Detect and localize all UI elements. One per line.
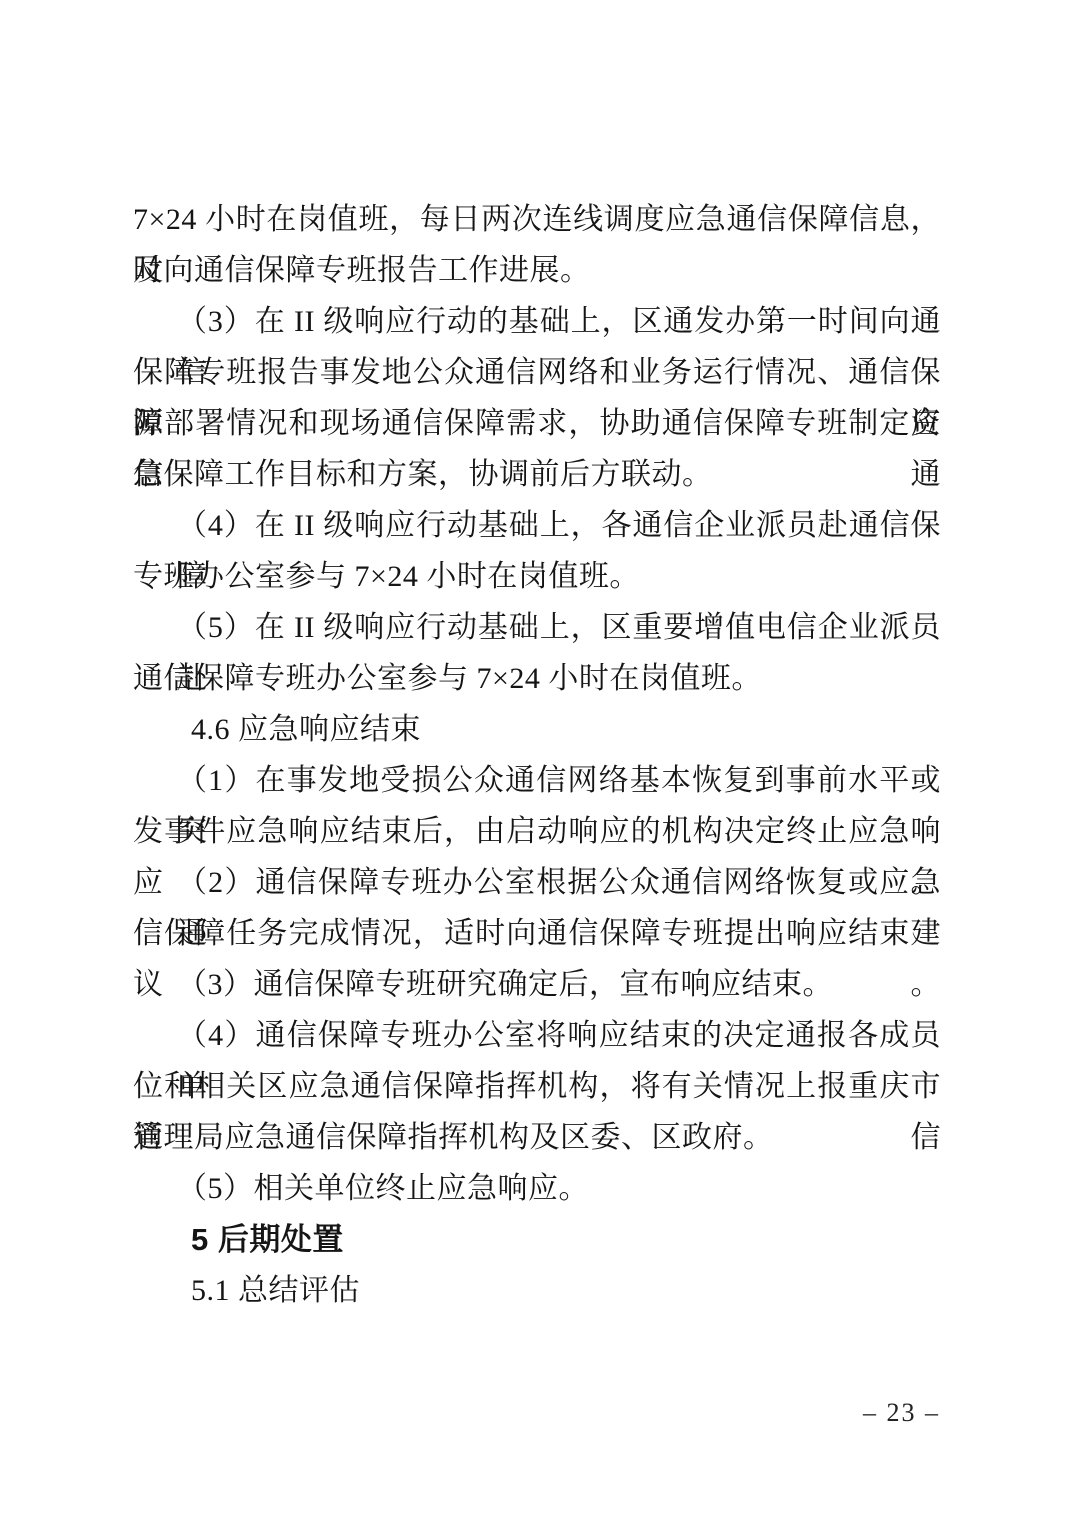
section-heading: 5.1 总结评估 [133, 1265, 941, 1316]
section-heading: 5 后期处置 [133, 1214, 941, 1265]
text-line: （2）通信保障专班办公室根据公众通信网络恢复或应急通 [133, 857, 941, 908]
text-line: 时向通信保障专班报告工作进展。 [133, 245, 941, 296]
text-line: 7×24 小时在岗值班，每日两次连线调度应急通信保障信息，及 [133, 194, 941, 245]
document-body: 7×24 小时在岗值班，每日两次连线调度应急通信保障信息，及时向通信保障专班报告… [133, 194, 941, 1316]
text-line: （5）相关单位终止应急响应。 [133, 1163, 941, 1214]
text-line: 信保障任务完成情况，适时向通信保障专班提出响应结束建议。 [133, 908, 941, 959]
text-line: （1）在事发地受损公众通信网络基本恢复到事前水平或突 [133, 755, 941, 806]
text-line: 源部署情况和现场通信保障需求，协助通信保障专班制定应急通 [133, 398, 941, 449]
text-line: 专班办公室参与 7×24 小时在岗值班。 [133, 551, 941, 602]
text-line: （3）通信保障专班研究确定后，宣布响应结束。 [133, 959, 941, 1010]
section-heading: 4.6 应急响应结束 [133, 704, 941, 755]
text-line: 发事件应急响应结束后，由启动响应的机构决定终止应急响应。 [133, 806, 941, 857]
text-line: （3）在 II 级响应行动的基础上，区通发办第一时间向通信 [133, 296, 941, 347]
page-number: – 23 – [863, 1398, 940, 1428]
text-line: 位和相关区应急通信保障指挥机构，将有关情况上报重庆市通信 [133, 1061, 941, 1112]
text-line: （4）在 II 级响应行动基础上，各通信企业派员赴通信保障 [133, 500, 941, 551]
document-page: 7×24 小时在岗值班，每日两次连线调度应急通信保障信息，及时向通信保障专班报告… [0, 0, 1074, 1518]
text-line: （5）在 II 级响应行动基础上，区重要增值电信企业派员赴 [133, 602, 941, 653]
text-line: 保障专班报告事发地公众通信网络和业务运行情况、通信保障资 [133, 347, 941, 398]
text-line: （4）通信保障专班办公室将响应结束的决定通报各成员单 [133, 1010, 941, 1061]
text-line: 通信保障专班办公室参与 7×24 小时在岗值班。 [133, 653, 941, 704]
